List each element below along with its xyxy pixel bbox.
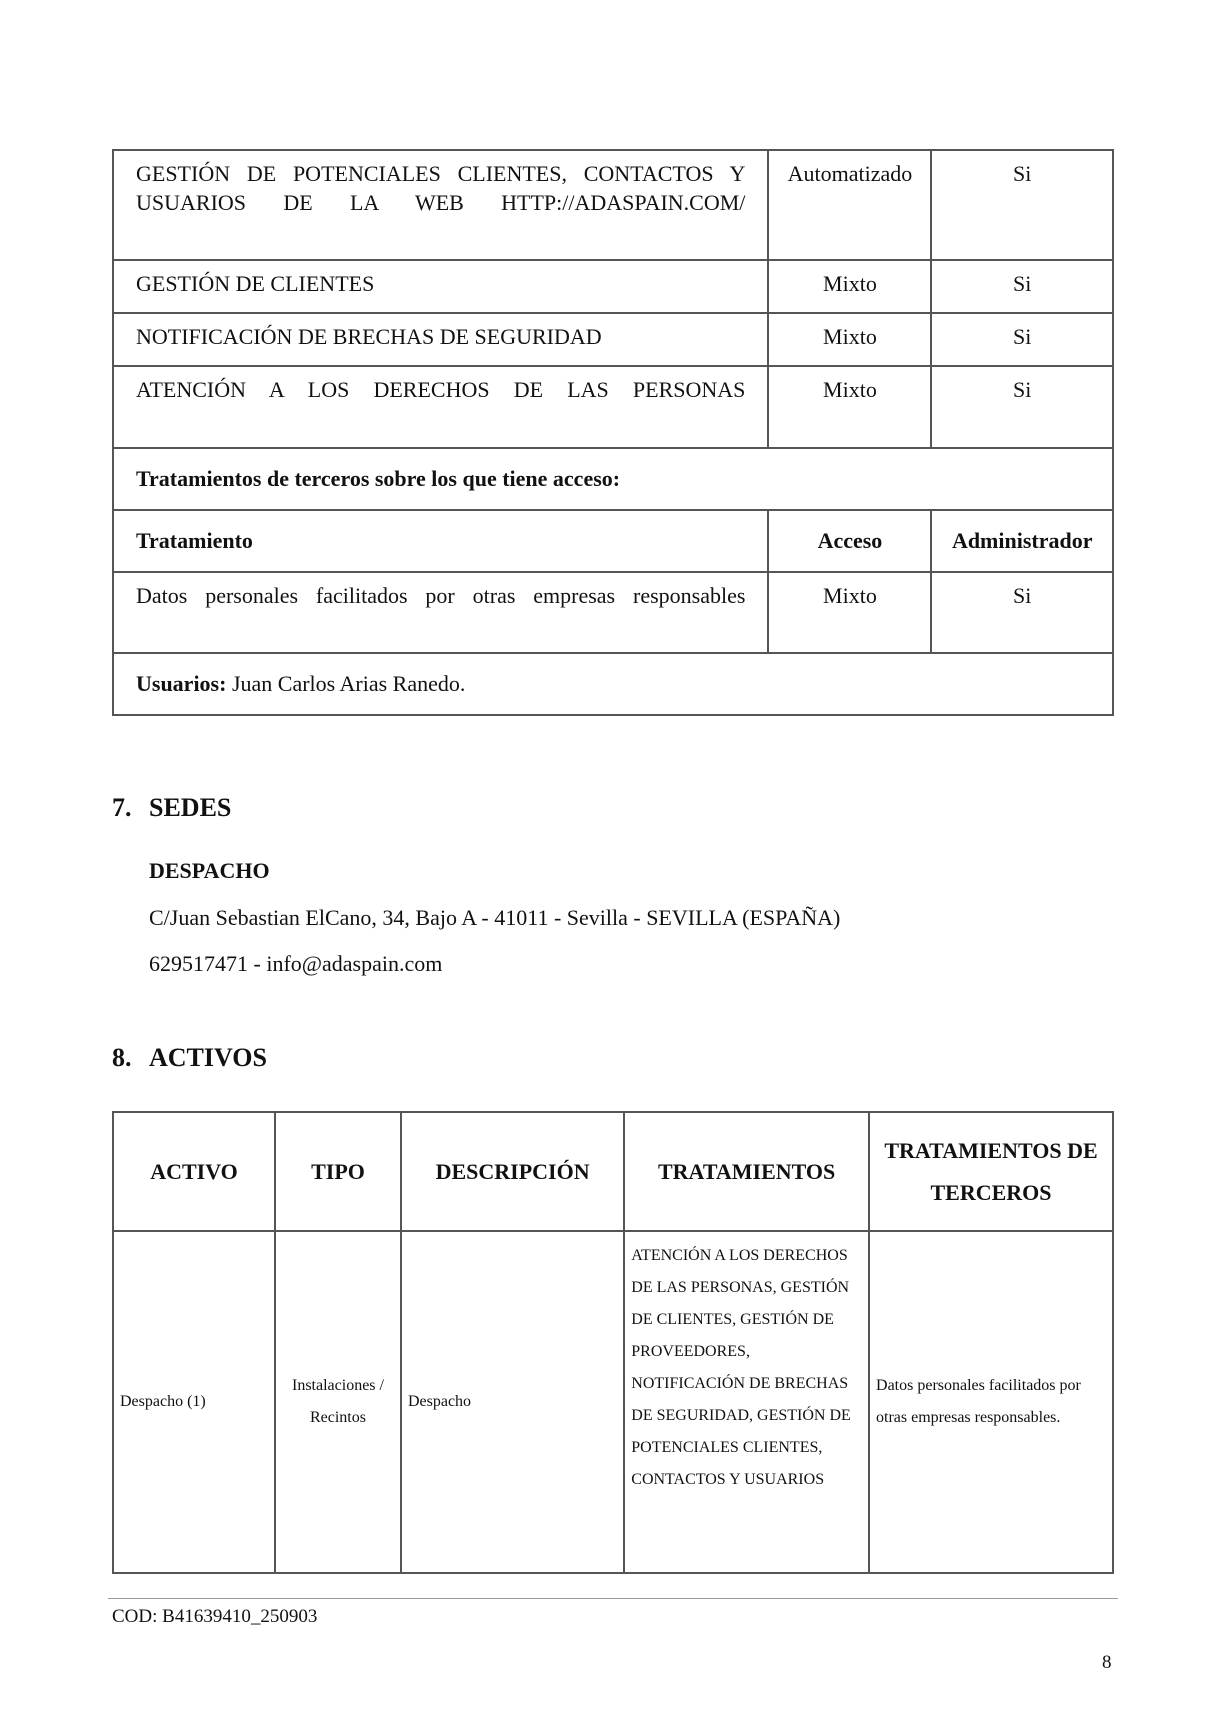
terceros-header-row: Tratamiento Acceso Administrador bbox=[113, 510, 1113, 572]
acceso-cell: Mixto bbox=[768, 572, 931, 653]
header-tratamiento: Tratamiento bbox=[113, 510, 768, 572]
section-number: 7. bbox=[112, 793, 149, 823]
tratamiento-cell: GESTIÓN DE POTENCIALES CLIENTES, CONTACT… bbox=[113, 150, 768, 260]
table-row: NOTIFICACIÓN DE BRECHAS DE SEGURIDAD Mix… bbox=[113, 313, 1113, 366]
tratamientos-table: GESTIÓN DE POTENCIALES CLIENTES, CONTACT… bbox=[112, 149, 1114, 716]
administrador-cell: Si bbox=[931, 260, 1113, 313]
sede-name: DESPACHO bbox=[149, 858, 270, 884]
table-row: GESTIÓN DE CLIENTES Mixto Si bbox=[113, 260, 1113, 313]
tratamiento-cell: ATENCIÓN A LOS DERECHOS DE LAS PERSONAS bbox=[113, 366, 768, 448]
tipo-cell: Instalaciones / Recintos bbox=[275, 1231, 401, 1573]
table-row: GESTIÓN DE POTENCIALES CLIENTES, CONTACT… bbox=[113, 150, 1113, 260]
acceso-cell: Mixto bbox=[768, 260, 931, 313]
header-descripcion: DESCRIPCIÓN bbox=[401, 1112, 624, 1231]
activos-header-row: ACTIVO TIPO DESCRIPCIÓN TRATAMIENTOS TRA… bbox=[113, 1112, 1113, 1231]
terceros-title-row: Tratamientos de terceros sobre los que t… bbox=[113, 448, 1113, 510]
header-tipo: TIPO bbox=[275, 1112, 401, 1231]
sede-contact: 629517471 - info@adaspain.com bbox=[149, 951, 442, 977]
section-number: 8. bbox=[112, 1043, 149, 1073]
administrador-cell: Si bbox=[931, 366, 1113, 448]
header-activo: ACTIVO bbox=[113, 1112, 275, 1231]
table-row: Datos personales facilitados por otras e… bbox=[113, 572, 1113, 653]
header-tratamientos-terceros: TRATAMIENTOS DE TERCEROS bbox=[869, 1112, 1113, 1231]
header-tratamientos: TRATAMIENTOS bbox=[624, 1112, 869, 1231]
acceso-cell: Mixto bbox=[768, 366, 931, 448]
header-administrador: Administrador bbox=[931, 510, 1113, 572]
tratamiento-cell: Datos personales facilitados por otras e… bbox=[113, 572, 768, 653]
section-7-heading: 7.SEDES bbox=[112, 793, 231, 823]
tratamientos-terceros-cell: Datos personales facilitados por otras e… bbox=[869, 1231, 1113, 1573]
activos-table: ACTIVO TIPO DESCRIPCIÓN TRATAMIENTOS TRA… bbox=[112, 1111, 1114, 1574]
document-page: GESTIÓN DE POTENCIALES CLIENTES, CONTACT… bbox=[0, 0, 1224, 1731]
tratamiento-cell: GESTIÓN DE CLIENTES bbox=[113, 260, 768, 313]
section-title: SEDES bbox=[149, 793, 231, 822]
usuarios-row: Usuarios: Juan Carlos Arias Ranedo. bbox=[113, 653, 1113, 715]
administrador-cell: Si bbox=[931, 150, 1113, 260]
header-acceso: Acceso bbox=[768, 510, 931, 572]
usuarios-value: Juan Carlos Arias Ranedo. bbox=[226, 671, 465, 696]
table-row: Despacho (1) Instalaciones / Recintos De… bbox=[113, 1231, 1113, 1573]
table-row: ATENCIÓN A LOS DERECHOS DE LAS PERSONAS … bbox=[113, 366, 1113, 448]
tratamiento-cell: NOTIFICACIÓN DE BRECHAS DE SEGURIDAD bbox=[113, 313, 768, 366]
sede-address: C/Juan Sebastian ElCano, 34, Bajo A - 41… bbox=[149, 905, 840, 931]
tratamientos-cell: ATENCIÓN A LOS DERECHOS DE LAS PERSONAS,… bbox=[624, 1231, 869, 1573]
activo-cell: Despacho (1) bbox=[113, 1231, 275, 1573]
section-8-heading: 8.ACTIVOS bbox=[112, 1043, 267, 1073]
page-number: 8 bbox=[1102, 1652, 1112, 1674]
section-title: ACTIVOS bbox=[149, 1043, 267, 1072]
footer-divider bbox=[108, 1598, 1118, 1599]
administrador-cell: Si bbox=[931, 313, 1113, 366]
acceso-cell: Mixto bbox=[768, 313, 931, 366]
document-code: COD: B41639410_250903 bbox=[112, 1606, 317, 1628]
descripcion-cell: Despacho bbox=[401, 1231, 624, 1573]
usuarios-label: Usuarios: bbox=[136, 671, 226, 696]
usuarios-cell: Usuarios: Juan Carlos Arias Ranedo. bbox=[113, 653, 1113, 715]
terceros-title: Tratamientos de terceros sobre los que t… bbox=[113, 448, 1113, 510]
acceso-cell: Automatizado bbox=[768, 150, 931, 260]
administrador-cell: Si bbox=[931, 572, 1113, 653]
